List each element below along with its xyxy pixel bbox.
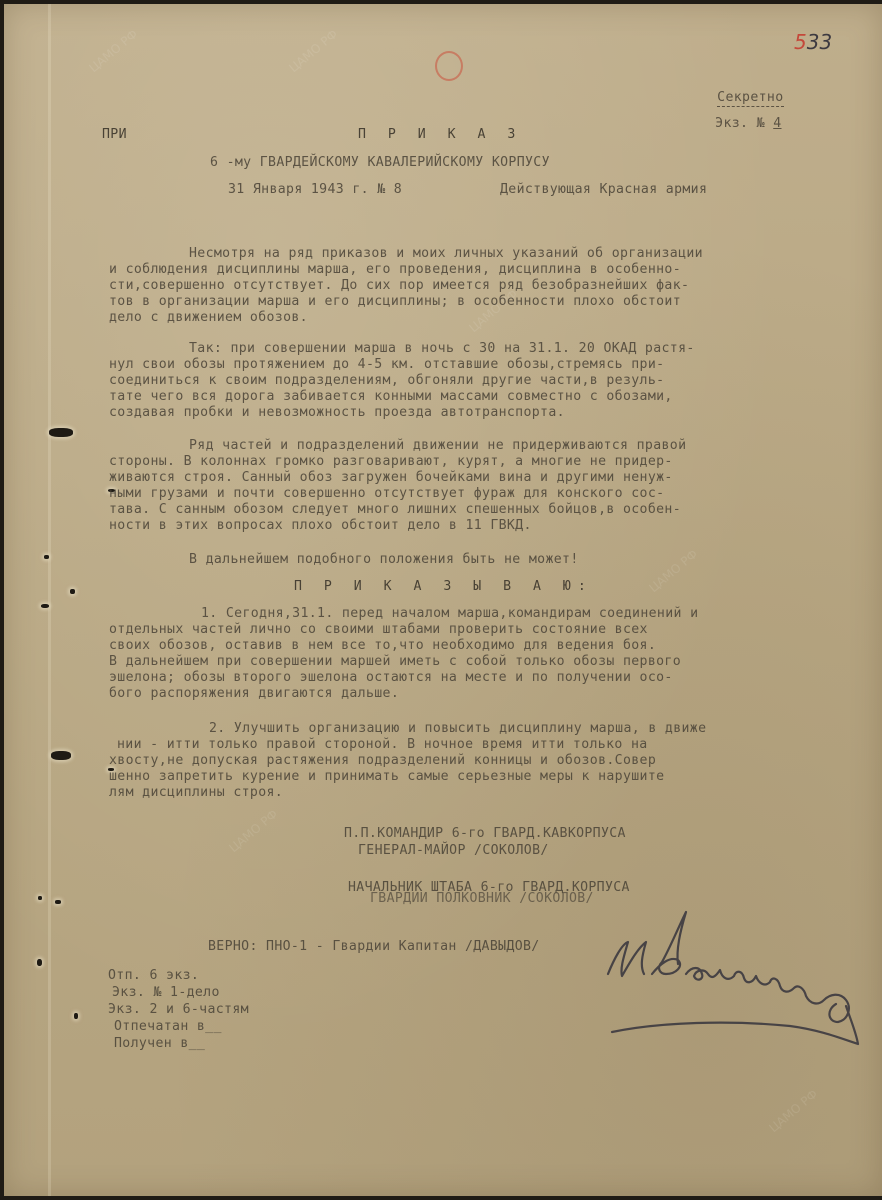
location: Действующая Красная армия (500, 183, 707, 196)
watermark: ЦАМО РФ (226, 807, 280, 855)
text-line: бого распоряжения двигаются дальше. (109, 687, 399, 700)
copy-number: Экз. № 4 (682, 104, 782, 144)
order-item-2: 2. Улучшить организацию и повысить дисци… (109, 722, 142, 814)
paper-fold (48, 4, 51, 1196)
watermark: ЦАМО РФ (86, 27, 140, 75)
distribution-list: Отп. 6 экз. Экз. № 1-дело Экз. 2 и 6-час… (108, 969, 141, 1061)
text-line: нии - итти только правой стороной. В ноч… (117, 738, 648, 751)
text-line: тов в организации марша и его дисциплины… (109, 295, 681, 308)
watermark: ЦАМО РФ (766, 1087, 820, 1135)
signature-block-commander: П.П.КОМАНДИР 6-го ГВАРД.КАВКОРПУСА ГЕНЕР… (344, 827, 377, 880)
text-line: тате чего вся дорога забивается конными … (109, 390, 673, 403)
binding-hole (37, 959, 42, 966)
text-line: и соблюдения дисциплины марша, его прове… (109, 263, 681, 276)
text-line: Ряд частей и подразделений движении не п… (189, 439, 686, 452)
text-line: стороны. В колоннах громко разговаривают… (109, 455, 673, 468)
text-line: хвосту,не допуская растяжения подразделе… (109, 754, 656, 767)
text-line: живаются строя. Санный обоз загружен боч… (109, 471, 673, 484)
sheet-number: 533 (794, 30, 832, 54)
binding-hole (55, 900, 61, 904)
text-line: своих обозов, оставив в нем все то,что н… (109, 639, 656, 652)
text-line: сти,совершенно отсутствует. До сих пор и… (109, 279, 689, 292)
text-line: соединиться к своим подразделениям, обго… (109, 374, 664, 387)
watermark: ЦАМО РФ (646, 547, 700, 595)
text-line: Несмотря на ряд приказов и моих личных у… (189, 247, 703, 260)
order-item-1: 1. Сегодня,31.1. перед началом марша,ком… (109, 607, 142, 713)
binding-hole (51, 751, 71, 760)
distribution-item: Отп. 6 экз. (108, 969, 199, 982)
paragraph-3: Ряд частей и подразделений движении не п… (109, 439, 142, 545)
text-line: 2. Улучшить организацию и повысить дисци… (209, 722, 706, 735)
text-line: шенно запретить курение и принимать самы… (109, 770, 664, 783)
text-line: ными грузами и почти совершенно отсутств… (109, 487, 664, 500)
watermark: ЦАМО РФ (286, 27, 340, 75)
text-line: лям дисциплины строя. (109, 786, 283, 799)
order-heading: П Р И К А З Ы В А Ю: (294, 580, 593, 593)
signatory-name: ГВАРДИИ ПОЛКОВНИК /СОКОЛОВ/ (370, 892, 594, 905)
binding-hole (38, 896, 42, 900)
binding-hole (74, 1013, 78, 1019)
text-line: В дальнейшем подобного положения быть не… (189, 553, 579, 566)
paragraph-4: В дальнейшем подобного положения быть не… (189, 553, 222, 593)
left-header: ПРИ (102, 128, 127, 141)
distribution-item: Получен в__ (114, 1037, 205, 1050)
date-and-number: 31 Января 1943 г. № 8 (228, 183, 402, 196)
distribution-item: Экз. 2 и 6-частям (108, 1003, 249, 1016)
copy-label: Экз. № (715, 116, 765, 131)
text-line: 1. Сегодня,31.1. перед началом марша,ком… (201, 607, 698, 620)
verified-line: ВЕРНО: ПНО-1 - Гвардии Капитан /ДАВЫДОВ/ (208, 940, 540, 953)
binding-hole (70, 589, 75, 594)
binding-hole (49, 428, 73, 437)
text-line: ности в этих вопросах плохо обстоит дело… (109, 519, 532, 532)
text-line: Так: при совершении марша в ночь с 30 на… (189, 342, 695, 355)
handwritten-signature (600, 904, 880, 1054)
addressee: 6 -му ГВАРДЕЙСКОМУ КАВАЛЕРИЙСКОМУ КОРПУС… (210, 156, 550, 169)
text-line: отдельных частей лично со своими штабами… (109, 623, 648, 636)
text-line: эшелона; обозы второго эшелона остаются … (109, 671, 673, 684)
distribution-item: Экз. № 1-дело (112, 986, 220, 999)
binding-hole (41, 604, 49, 608)
document-title: П Р И К А З (358, 128, 522, 141)
text-line: тава. С санным обозом следует много лишн… (109, 503, 681, 516)
binding-hole (44, 555, 49, 559)
paragraph-2: Так: при совершении марша в ночь с 30 на… (109, 342, 142, 434)
text-line: дело с движением обозов. (109, 311, 308, 324)
red-circle-mark (435, 51, 463, 81)
sheet-number-value: 33 (807, 30, 832, 54)
sheet-number-prefix: 5 (794, 30, 807, 54)
signatory-role: П.П.КОМАНДИР 6-го ГВАРД.КАВКОРПУСА (344, 827, 626, 840)
signatory-name: ГЕНЕРАЛ-МАЙОР /СОКОЛОВ/ (358, 844, 549, 857)
text-line: создавая пробки и невозможность проезда … (109, 406, 565, 419)
paragraph-1: Несмотря на ряд приказов и моих личных у… (109, 247, 142, 339)
text-line: В дальнейшем при совершении маршей иметь… (109, 655, 681, 668)
copy-value: 4 (773, 116, 781, 131)
distribution-item: Отпечатан в__ (114, 1020, 222, 1033)
text-line: нул свои обозы протяжением до 4-5 км. от… (109, 358, 664, 371)
document-page: ЦАМО РФ ЦАМО РФ ЦАМО РФ ЦАМО РФ ЦАМО РФ … (4, 4, 882, 1196)
signature-block-chief-of-staff: НАЧАЛЬНИК ШТАБА 6-го ГВАРД.КОРПУСА ГВАРД… (348, 881, 381, 934)
